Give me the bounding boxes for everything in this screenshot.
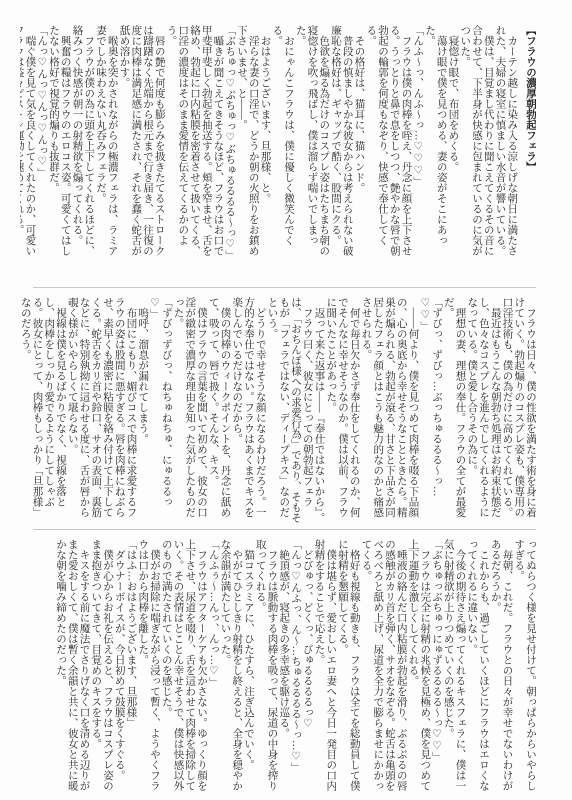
novel-paragraph: 色欲を煽る為だけのコスプレ姿はたちまち朝の寝惚けを吹っ飛ばし、僕は溜らず喘いでし… [294, 25, 329, 261]
novel-paragraph: どびゅっ、どくっ、びゅるるるるっ♡ [301, 539, 313, 793]
novel-title: 【フラウの濃厚朝勃起フェラ】 [524, 25, 536, 261]
novel-paragraph: カーテン越しに染み入る涼しげな朝日に満たされた、夫婦の寝室に慎ましい水音が響いて… [494, 25, 518, 261]
novel-paragraph: 「ずびっ、ずびっ…ぶっちゅるるる〜っ…♡♡」 [419, 297, 443, 523]
novel-paragraph: 「んっ♡んっ♡んっ♡んっ♡」 [36, 25, 48, 261]
novel-paragraph: 「ずびっずびっ、ねちゅねちゅ、にゅるるっ♡」 [148, 297, 172, 523]
novel-paragraph: 僕がお掃除に喘ぎながら浸って暫く、ようやくフラウは口から肉棒を離した。 [137, 539, 161, 793]
novel-paragraph: フラウはアフターケアも欠かさない。ゆっくり顔を上下させ、尿道を啜り、舌を這わせて… [160, 539, 207, 793]
novel-paragraph: その格好は、猫耳に、猫ハンド。 [353, 25, 365, 261]
novel-paragraph: 僕が心からお礼を伝えると、フラウはコスプレ姿のまま抱きついてきて、目覚めのキスを… [90, 539, 114, 793]
novel-paragraph: 興奮の糧はフラウのエロコス姿。可愛くてはしたない格好で視覚的煽りも抜群だ。 [47, 25, 71, 261]
novel-paragraph: フラウは脈動する肉棒を吸って、尿道の中身を搾り取ってくれる。 [254, 539, 278, 793]
novel-paragraph: 僕は堪らず、愛おしいエロ妻へと今日一発目の口内射精をすることで応えた。 [313, 539, 337, 793]
novel-paragraph: キスをする前に魔法でさりげなく口を清める辺りがまた愛おしくて、僕は暫く余韻と共に… [54, 539, 89, 793]
novel-paragraph: フラウは日々、僕の性欲を満たす術を身に着けていく。勃起煽りのコスプレ姿も、僕専用… [501, 297, 536, 523]
novel-paragraph: 淫らな妻の口淫で、どうか朝の火照りをお鎮め下さいませ、と――。 [235, 25, 259, 261]
novel-paragraph: 喘ぐ僕を見て気を良くしてくれたのか、可愛いフラウは益々ピストン運動を速めてくれる… [20, 25, 36, 261]
novel-paragraph: ――何より、僕を見つめて肉棒を啜る下品顔の、心の奥底から幸せそうなことときたら。… [360, 297, 419, 523]
novel-paragraph: やがてひとしきり射精をし終えると、全身を穏やかな余韻が満たしていった。 [219, 539, 243, 793]
novel-paragraph: 唾液の絡んだ口内粘膜が勃起を滑り、ぶるぶるの唇の感触がカリ首を弾く、サオをなぞる… [360, 539, 407, 793]
novel-paragraph: 今後の期待さえ煽ってくれるキスフェラに、僕は一気に射精欲が上りつめていくのを感じ… [442, 539, 466, 793]
novel-paragraph: 僕は、目覚まし代わりに聞こえてくるその音に合わせて、下半身が快感に包まれているの… [459, 25, 494, 261]
novel-paragraph: 寝惚け眼で、布団をめくる。 [447, 25, 459, 261]
section-divider [33, 287, 536, 288]
novel-paragraph: どうりで幸せそうな顔になるわけだろう。一方的な奉仕ではない。フラウはあくまでキス… [231, 297, 266, 523]
novel-paragraph: 絶頂感が、寝起きの多幸感を駆け巡る。 [278, 539, 290, 793]
novel-paragraph: 「はふ…おはようございます、旦那様」 [125, 539, 137, 793]
novel-paragraph: ってぬらつく様を見せ付けて。朝っぱらからいやらしすぎる。 [513, 539, 537, 793]
novel-paragraph: これからも、過ごしていくほどにフラウはエロくなってくれるに違いない。 [466, 539, 490, 793]
novel-paragraph: 返って来た返事は――『奉仕ではないから』。 [313, 297, 325, 523]
novel-paragraph: おにゃんこフラウは、僕に優しく微笑んでくる。 [271, 25, 295, 261]
novel-paragraph: 視線は僕を見るばかりでなく、視線を落とし、肉棒をしっかり愛でるようにしてしゃぶる… [20, 297, 66, 523]
novel-page: 【フラウの濃厚朝勃起フェラ】 カーテン越しに染み入る涼しげな朝日に満たされた、夫… [0, 0, 572, 800]
novel-paragraph: フラウ曰く、彼女にとっての朝勃起フェラは、「おちんぽ様への求愛行為」であり、そも… [266, 297, 313, 523]
novel-paragraph: 布団にこもり、媚びコスで肉棒に求愛するフラウの姿は股間に悪すぎる。唇を肉棒にねぶ… [66, 297, 137, 523]
novel-section-bottom: ってぬらつく様を見せ付けて。朝っぱらからいやらしすぎる。 毎朝、これだ。フラウと… [20, 539, 536, 793]
novel-paragraph: 「んふぅ〜…んっ、んっ…♡」 [207, 539, 219, 793]
novel-paragraph: おはようございます、旦那様、と。 [259, 25, 271, 261]
novel-paragraph: 何で毎日欠かさず奉仕をしてくれるのか、何でそんなに幸せそうなのか。僕は以前、フラ… [325, 297, 360, 523]
novel-paragraph: 「ぶちゅっぶちゅっにゅずるるるる〜っ♡♡」 [430, 539, 442, 793]
novel-paragraph: ダウナーボイスが、今日初めて鼓膜をくすぐる。 [113, 539, 125, 793]
novel-paragraph: 「んっ♡んふっ、ん〜…ちゅるるるる〜っ…♡」 [289, 539, 301, 793]
novel-paragraph: 格好も視線も動きも、フラウは全てを総動員して僕に射精を懇願してくる。 [336, 539, 360, 793]
section-divider [33, 529, 536, 530]
novel-paragraph: 唇の艶で何度も膨らみを扱きたてるストロークは躊躇なく先端から根元まで行き届き、一… [118, 25, 165, 261]
novel-paragraph: 囁きが聞こえてきそうなほど、フラウはお口で甲斐甲斐しく勃起を抽送する。頬を窄ませ… [165, 25, 224, 261]
novel-paragraph: 猫コスラミアに、ひたすら、注ぎ込んでいく。 [242, 539, 254, 793]
novel-paragraph: 普段の慎ましやかな彼女からは考えられない破廉恥な格好は、ギャップで酷く、股間にク… [329, 25, 353, 261]
novel-paragraph: 最近はもうこんな朝勃ち処理はお約束状態だし、色々なコスプレを進んでしてくれるよう… [466, 297, 501, 523]
novel-paragraph: フラウが僕の為に頭を上下してくれるほどに、絡みつく快感が朝一の射精欲を煽ってくれ… [71, 25, 95, 261]
novel-section-top: 【フラウの濃厚朝勃起フェラ】 カーテン越しに染み入る涼しげな朝日に満たされた、夫… [20, 25, 536, 261]
novel-paragraph: フラウは完全に射精の兆候を見極め、僕を見つめて上下運動を激しくしてくれる。 [407, 539, 431, 793]
novel-paragraph: 蕩け眼で僕を見つめる、妻の姿がそこにあった。 [423, 25, 447, 261]
novel-paragraph: フラウは僕の肉棒を咥え、丹念に顔を上下させる。うっとりと鼻で息をしつつ、艶やかな… [365, 25, 412, 261]
novel-paragraph: 「んふ〜っ、んふ〜っ…♡♡♡」 [412, 25, 424, 261]
novel-paragraph: 僕はフラウの言葉を聞いて初めて、彼女の口淫が緻密で濃厚な理由を知った気がしたもの… [172, 297, 207, 523]
novel-paragraph: 喉奥を突かされながらの極濃フェラは、ラミア妻でしか味わえない丸呑みフェラだ。 [94, 25, 118, 261]
novel-paragraph: 毎朝、これだ。フラウとの日々が幸せでないわけがあるだろうか。 [489, 539, 513, 793]
novel-paragraph: 嗚呼、溜息が漏れてしまう。 [137, 297, 149, 523]
novel-section-middle: フラウは日々、僕の性欲を満たす術を身に着けていく。勃起煽りのコスプレ姿も、僕専用… [20, 297, 536, 523]
novel-paragraph: 理想の妻、理想の奉仕。フラウの全てが最愛だ。 [442, 297, 466, 523]
novel-paragraph: 「ぶちゅっ♡ぶちゅっ♡ぶちゅるるるる〜っ♡」 [224, 25, 236, 261]
novel-paragraph: 僕の肉棒のウィークポイントを、丹念に舐めて、吸って、唇で扱く。そんな、キス。 [207, 297, 231, 523]
